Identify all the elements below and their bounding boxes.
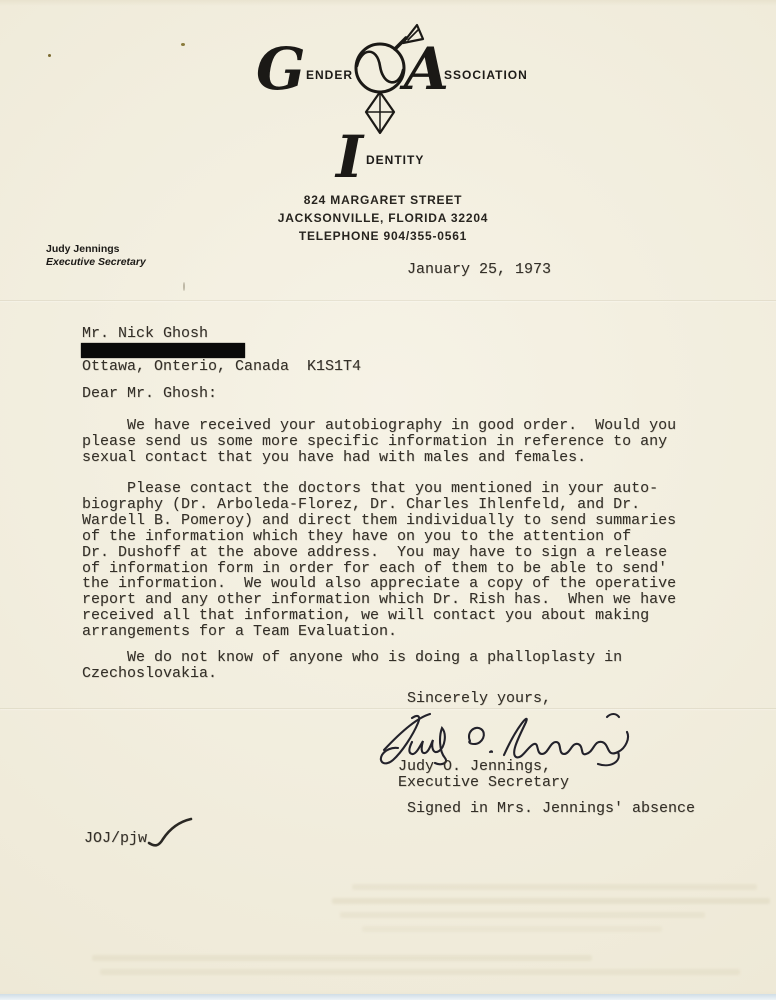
bleedthrough-line bbox=[352, 884, 757, 890]
valediction: Sincerely yours, bbox=[407, 691, 551, 707]
typed-signature-title: Executive Secretary bbox=[398, 775, 569, 791]
body-paragraph-3: We do not know of anyone who is doing a … bbox=[82, 650, 622, 682]
sender-block: Judy Jennings Executive Secretary bbox=[46, 243, 146, 268]
bleedthrough-line bbox=[362, 926, 662, 932]
letterhead-initial-g: G bbox=[256, 40, 306, 98]
absence-note: Signed in Mrs. Jennings' absence bbox=[407, 801, 695, 817]
letterhead-address-block: 824 MARGARET STREET JACKSONVILLE, FLORID… bbox=[228, 191, 538, 245]
redaction-bar bbox=[81, 343, 245, 358]
sender-title: Executive Secretary bbox=[46, 256, 146, 269]
bleedthrough-line bbox=[340, 912, 705, 918]
paper-speck bbox=[181, 43, 185, 46]
scan-edge bbox=[0, 994, 776, 1000]
checkmark-icon bbox=[146, 818, 194, 852]
bleedthrough-line bbox=[92, 955, 592, 961]
body-paragraph-1: We have received your autobiography in g… bbox=[82, 418, 676, 466]
body-paragraph-2: Please contact the doctors that you ment… bbox=[82, 481, 676, 640]
letterhead-word-identity: DENTITY bbox=[366, 153, 424, 167]
bleedthrough-line bbox=[100, 969, 740, 975]
reference-initials: JOJ/pjw bbox=[84, 831, 147, 847]
letterhead-initial-a: A bbox=[404, 40, 449, 98]
fold-line bbox=[0, 300, 776, 301]
sender-name: Judy Jennings bbox=[46, 243, 146, 256]
letterhead-word-gender: ENDER bbox=[306, 68, 353, 82]
recipient-name: Mr. Nick Ghosh bbox=[82, 326, 208, 344]
typed-signature-name: Judy O. Jennings, bbox=[398, 759, 551, 775]
letter-page: G ENDER A SSOCIATION I DENTITY 824 MARGA… bbox=[0, 0, 776, 1000]
recipient-address: Ottawa, Onterio, Canada K1S1T4 bbox=[82, 359, 361, 375]
letterhead-word-association: SSOCIATION bbox=[444, 68, 528, 82]
letterhead-initial-i: I bbox=[336, 128, 363, 186]
paper-speck bbox=[48, 54, 51, 57]
fold-line bbox=[0, 708, 776, 709]
bleedthrough-line bbox=[332, 898, 770, 904]
paper-speck bbox=[183, 282, 185, 291]
salutation: Dear Mr. Ghosh: bbox=[82, 386, 217, 402]
date-line: January 25, 1973 bbox=[407, 262, 551, 278]
